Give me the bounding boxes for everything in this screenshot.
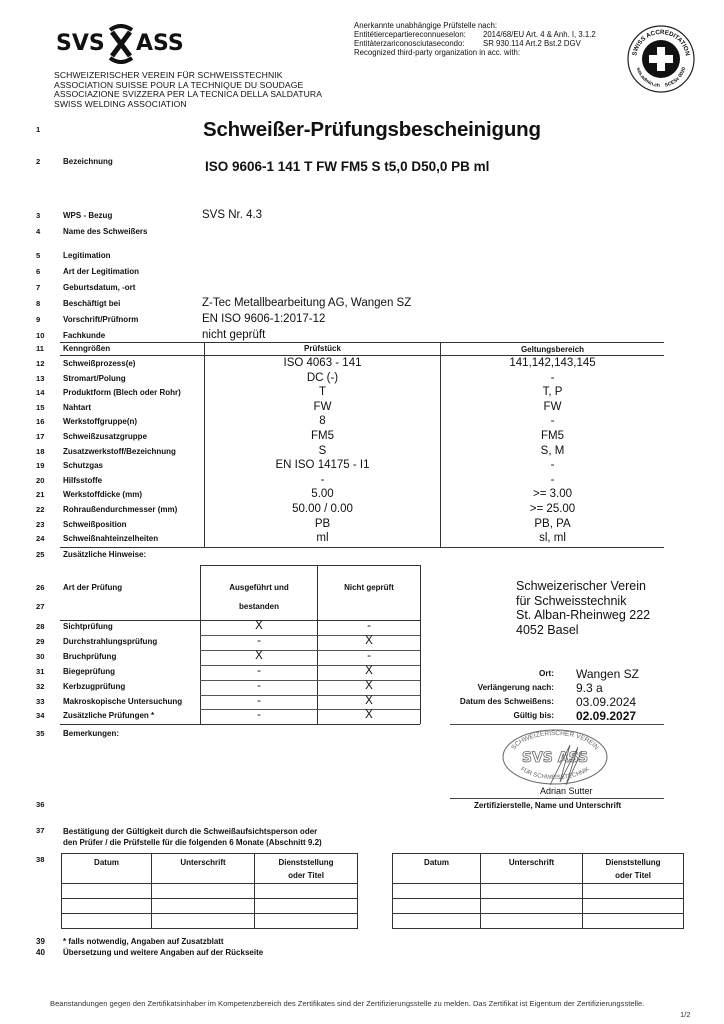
recognition-intro: Anerkannte unabhängige Prüfstelle nach: [354,21,596,30]
title-cell[interactable] [255,914,358,929]
confirmation-line: Bestätigung der Gültigkeit durch die Sch… [63,826,322,837]
param-test-piece: EN ISO 14175 - I1 [205,459,440,471]
param-test-piece: DC (-) [205,372,440,384]
title-cell[interactable] [583,884,684,899]
address-line: für Schweisstechnik [516,594,650,609]
row-number: 5 [36,251,56,260]
issuer-detail-key: Verlängerung nach: [394,683,554,692]
row-number: 24 [36,534,56,543]
logo-left-text: SVS [56,31,105,56]
row-number: 39 [36,937,63,946]
row-number: 28 [36,622,56,631]
test-label: Bruchprüfung [63,652,116,661]
row-number: 38 [36,855,56,864]
designation-label: Bezeichnung [63,157,113,166]
param-test-piece: S [205,445,440,457]
table-rule [60,547,664,548]
col-header-title: Dienststellungoder Titel [255,854,358,884]
date-cell[interactable] [62,884,152,899]
row-number: 32 [36,682,56,691]
divider [450,724,664,725]
test-label: Kerbzugprüfung [63,682,125,691]
param-range: - [441,372,664,384]
confirmation-text: Bestätigung der Gültigkeit durch die Sch… [63,826,322,848]
field-label: Geburtsdatum, -ort [63,283,135,292]
test-done-mark: - [201,665,317,677]
row-number: 7 [36,283,56,292]
test-label: Sichtprüfung [63,622,113,631]
params-header-test-piece: Prüfstück [205,344,440,353]
row-number: 26 [36,583,56,592]
test-done-mark: - [201,709,317,721]
additional-notes-label: Zusätzliche Hinweise: [63,550,146,559]
svg-text:SCHWEIZERISCHER VEREIN: SCHWEIZERISCHER VEREIN [510,730,600,752]
param-test-piece: 5.00 [205,488,440,500]
row-number: 11 [36,344,56,353]
col-header-date: Datum [62,854,152,884]
title-cell[interactable] [583,914,684,929]
test-label: Zusätzliche Prüfungen * [63,711,154,720]
footnote-text: Übersetzung und weitere Angaben auf der … [63,948,263,957]
param-test-piece: 50.00 / 0.00 [205,503,440,515]
field-label: Beschäftigt bei [63,299,120,308]
param-label: Stromart/Polung [63,374,126,383]
tests-header-label: Art der Prüfung [63,583,122,592]
test-label: Makroskopische Untersuchung [63,697,182,706]
field-label: Art der Legitimation [63,267,139,276]
row-number: 3 [36,211,56,220]
signature-cell[interactable] [152,884,255,899]
param-range: - [441,474,664,486]
field-label: Legitimation [63,251,111,260]
param-range: >= 25.00 [441,503,664,515]
date-cell[interactable] [62,914,152,929]
signature-cell[interactable] [481,914,583,929]
row-number: 20 [36,476,56,485]
confirmation-line: den Prüfer / die Prüfstelle für die folg… [63,837,322,848]
row-number: 6 [36,267,56,276]
title-cell[interactable] [255,899,358,914]
col-header-signature: Unterschrift [481,854,583,884]
page-title: Schweißer-Prüfungsbescheinigung [203,118,541,142]
association-line: SWISS WELDING ASSOCIATION [54,100,322,110]
params-header-label: Kenngrößen [63,344,110,353]
param-test-piece: PB [205,518,440,530]
row-number: 4 [36,227,56,236]
recognition-block: Anerkannte unabhängige Prüfstelle nach: … [354,21,596,57]
signature-cell[interactable] [152,914,255,929]
row-number: 19 [36,461,56,470]
logo-right-text: ASS [136,31,184,56]
swiss-cross-icon: SWISS ACCREDITATION sas.admin.ch SCESe 0… [626,24,696,94]
recognition-outro: Recognized third-party organization in a… [354,48,596,57]
param-label: Nahtart [63,403,91,412]
issuer-address: Schweizerischer Verein für Schweisstechn… [516,579,650,637]
param-label: Schweißnahteinzelheiten [63,534,158,543]
date-cell[interactable] [393,914,481,929]
svs-logo: SVS ASS [56,24,186,64]
row-number: 17 [36,432,56,441]
row-number: 34 [36,711,56,720]
row-number: 8 [36,299,56,308]
row-number: 33 [36,697,56,706]
date-cell[interactable] [62,899,152,914]
issuer-detail-key: Ort: [394,669,554,678]
test-label: Biegeprüfung [63,667,115,676]
row-number: 10 [36,331,56,340]
issuer-detail-value: 02.09.2027 [576,709,636,723]
association-names: SCHWEIZERISCHER VEREIN FÜR SCHWEISSTECHN… [54,71,322,109]
date-cell[interactable] [393,884,481,899]
param-label: Werkstoffgruppe(n) [63,417,137,426]
param-label: Schweißprozess(e) [63,359,135,368]
signer-name: Adrian Sutter [540,786,593,796]
signature-cell[interactable] [481,899,583,914]
title-cell[interactable] [583,899,684,914]
recognition-value: SR 930.114 Art.2 Bst.2 DGV [483,39,581,48]
param-test-piece: ISO 4063 - 141 [205,357,440,369]
param-range: FM5 [441,430,664,442]
issuer-detail-value: 03.09.2024 [576,695,636,709]
row-number: 37 [36,826,56,835]
footer-disclaimer: Beanstandungen gegen den Zertifikatsinha… [50,999,690,1014]
issuer-detail-key: Datum des Schweißens: [394,697,554,706]
param-label: Rohraußendurchmesser (mm) [63,505,177,514]
param-range: PB, PA [441,518,664,530]
param-range: - [441,459,664,471]
table-rule [60,342,664,343]
cross-x-logo-icon [106,24,136,64]
field-value: Z-Tec Metallbearbeitung AG, Wangen SZ [202,297,411,309]
field-label: Name des Schweißers [63,227,147,236]
accreditation-badge: SWISS ACCREDITATION sas.admin.ch SCESe 0… [626,24,696,94]
table-rule [200,565,420,566]
issuer-detail-value: 9.3 a [576,681,603,695]
row-number: 35 [36,729,56,738]
row-number: 12 [36,359,56,368]
field-value: EN ISO 9606-1:2017-12 [202,313,325,325]
row-number: 29 [36,637,56,646]
param-label: Schweißzusatzgruppe [63,432,147,441]
row-number: 40 [36,948,63,957]
row-number: 1 [36,125,56,134]
stamp-icon: SCHWEIZERISCHER VEREIN FÜR SCHWEISSTECHN… [500,727,610,787]
issuer-detail-key: Gültig bis: [394,711,554,720]
test-done-mark: - [201,680,317,692]
field-value: SVS Nr. 4.3 [202,209,262,221]
row-number: 31 [36,667,56,676]
row-number: 27 [36,602,56,611]
footnote: 39* falls notwendig, Angaben auf Zusatzb… [36,937,224,946]
address-line: 4052 Basel [516,623,650,638]
footnote: 40Übersetzung und weitere Angaben auf de… [36,948,263,957]
field-label: Vorschrift/Prüfnorm [63,315,138,324]
param-range: S, M [441,445,664,457]
test-done-mark: - [201,635,317,647]
param-label: Produktform (Blech oder Rohr) [63,388,181,397]
param-range: >= 3.00 [441,488,664,500]
address-line: Schweizerischer Verein [516,579,650,594]
tests-header-done-line2: bestanden [201,602,317,611]
row-number: 18 [36,447,56,456]
param-label: Zusatzwerkstoff/Bezeichnung [63,447,176,456]
validation-table-right: Datum Unterschrift Dienststellungoder Ti… [392,853,684,929]
field-value: nicht geprüft [202,329,265,341]
remarks-label: Bemerkungen: [63,729,119,738]
param-label: Hilfsstoffe [63,476,102,485]
row-number: 9 [36,315,56,324]
row-number: 21 [36,490,56,499]
param-test-piece: ml [205,532,440,544]
tests-header-not-tested: Nicht geprüft [318,583,420,592]
svg-text:FÜR SCHWEISSTECHNIK: FÜR SCHWEISSTECHNIK [519,766,591,781]
row-number: 2 [36,157,56,166]
param-test-piece: T [205,386,440,398]
row-number: 16 [36,417,56,426]
test-not-tested-mark: X [318,635,420,647]
col-header-date: Datum [393,854,481,884]
designation-value: ISO 9606-1 141 T FW FM5 S t5,0 D50,0 PB … [205,159,489,174]
col-header-signature: Unterschrift [152,854,255,884]
row-number: 15 [36,403,56,412]
title-cell[interactable] [255,884,358,899]
validation-table-left: Datum Unterschrift Dienststellungoder Ti… [61,853,358,929]
date-cell[interactable] [393,899,481,914]
signature-caption: Zertifizierstelle, Name und Unterschrift [474,801,621,810]
param-test-piece: FM5 [205,430,440,442]
test-done-mark: X [201,650,317,662]
recognition-key: Entitétiercepartiereconnueselon: [354,30,483,39]
row-number: 13 [36,374,56,383]
param-test-piece: 8 [205,415,440,427]
table-rule [60,355,664,356]
test-done-mark: X [201,620,317,632]
table-rule [60,724,420,725]
param-range: sl, ml [441,532,664,544]
test-not-tested-mark: - [318,620,420,632]
official-stamp: SCHWEIZERISCHER VEREIN FÜR SCHWEISSTECHN… [500,727,610,787]
page-number: 1/2 [680,1010,691,1019]
col-header-title: Dienststellungoder Titel [583,854,684,884]
field-label: WPS - Bezug [63,211,112,220]
row-number: 25 [36,550,56,559]
param-range: - [441,415,664,427]
param-label: Schutzgas [63,461,103,470]
row-number: 22 [36,505,56,514]
signature-cell[interactable] [481,884,583,899]
field-label: Fachkunde [63,331,105,340]
row-number: 30 [36,652,56,661]
svg-text:SVS ASS: SVS ASS [522,750,588,766]
issuer-detail-value: Wangen SZ [576,667,639,681]
address-line: St. Alban-Rheinweg 222 [516,608,650,623]
signature-line [450,798,664,799]
param-range: FW [441,401,664,413]
row-number: 23 [36,520,56,529]
recognition-value: 2014/68/EU Art. 4 & Anh. I, 3.1.2 [483,30,596,39]
param-test-piece: - [205,474,440,486]
param-range: 141,142,143,145 [441,357,664,369]
row-number: 36 [36,800,56,809]
params-header-range: Geltungsbereich [441,345,664,354]
test-label: Durchstrahlungsprüfung [63,637,157,646]
test-not-tested-mark: - [318,650,420,662]
param-label: Schweißposition [63,520,127,529]
footnote-text: * falls notwendig, Angaben auf Zusatzbla… [63,937,224,946]
param-range: T, P [441,386,664,398]
row-number: 14 [36,388,56,397]
test-done-mark: - [201,695,317,707]
param-test-piece: FW [205,401,440,413]
param-label: Werkstoffdicke (mm) [63,490,142,499]
signature-cell[interactable] [152,899,255,914]
recognition-key: Entitàterzariconosciutasecondo: [354,39,483,48]
tests-header-done: Ausgeführt und [201,583,317,592]
